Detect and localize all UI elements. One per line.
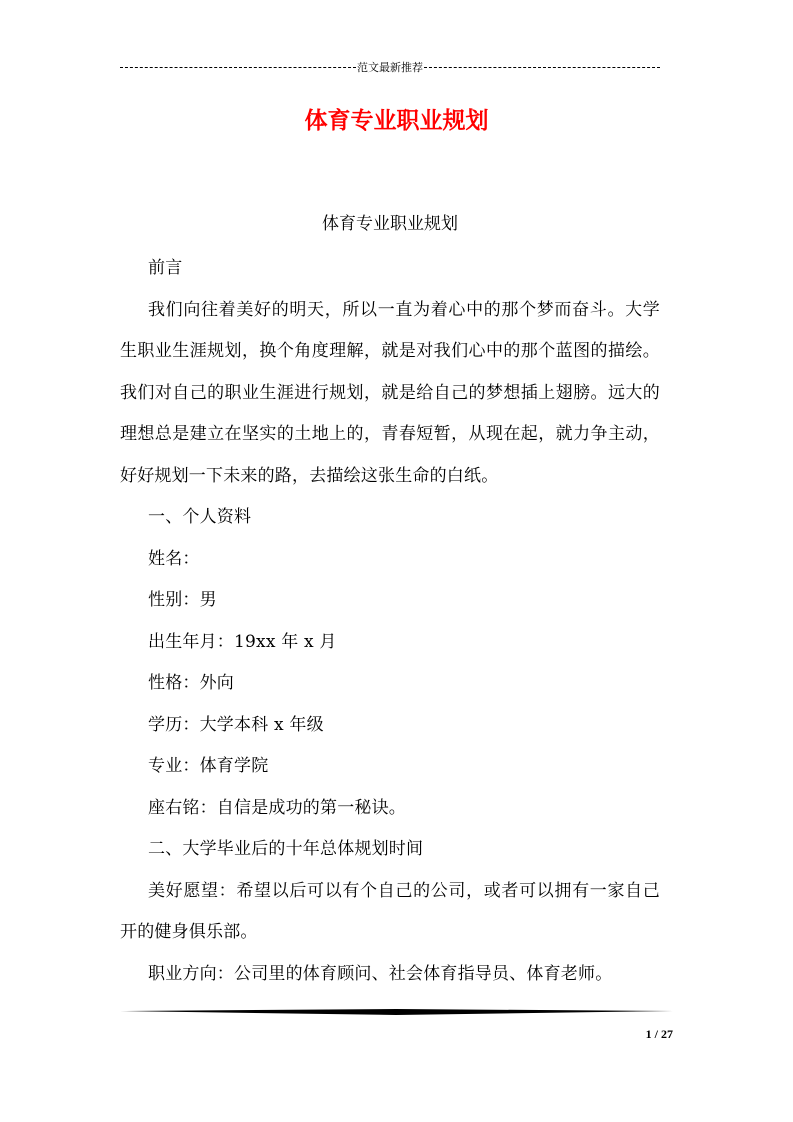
footer-divider (120, 1009, 673, 1015)
field-personality: 性格：外向 (120, 663, 660, 705)
paragraph-preface-heading: 前言 (120, 248, 660, 290)
header-label: 范文最新推荐 (356, 59, 424, 75)
paragraph-aspiration: 美好愿望：希望以后可以有个自己的公司，或者可以拥有一家自己开的健身俱乐部。 (120, 871, 660, 954)
field-major: 专业：体育学院 (120, 746, 660, 788)
header-dash-right (424, 67, 660, 68)
header-banner: 范文最新推荐 (120, 59, 660, 75)
document-subtitle: 体育专业职业规划 (120, 207, 660, 248)
header-dash-left (120, 67, 356, 68)
field-name: 姓名： (120, 539, 660, 581)
section-heading-ten-year-plan: 二、大学毕业后的十年总体规划时间 (120, 829, 660, 871)
field-birth-date: 出生年月：19xx 年 x 月 (120, 622, 660, 664)
section-heading-personal-info: 一、个人资料 (120, 497, 660, 539)
paragraph-career-direction: 职业方向：公司里的体育顾问、社会体育指导员、体育老师。 (120, 954, 660, 996)
document-title: 体育专业职业规划 (0, 102, 793, 135)
field-motto: 座右铭：自信是成功的第一秘诀。 (120, 788, 660, 830)
document-body: 体育专业职业规划 前言 我们向往着美好的明天，所以一直为着心中的那个梦而奋斗。大… (120, 207, 660, 995)
paragraph-preface: 我们向往着美好的明天，所以一直为着心中的那个梦而奋斗。大学生职业生涯规划，换个角… (120, 290, 660, 498)
field-education: 学历：大学本科 x 年级 (120, 705, 660, 747)
field-gender: 性别：男 (120, 580, 660, 622)
page-number: 1 / 27 (646, 1027, 673, 1042)
